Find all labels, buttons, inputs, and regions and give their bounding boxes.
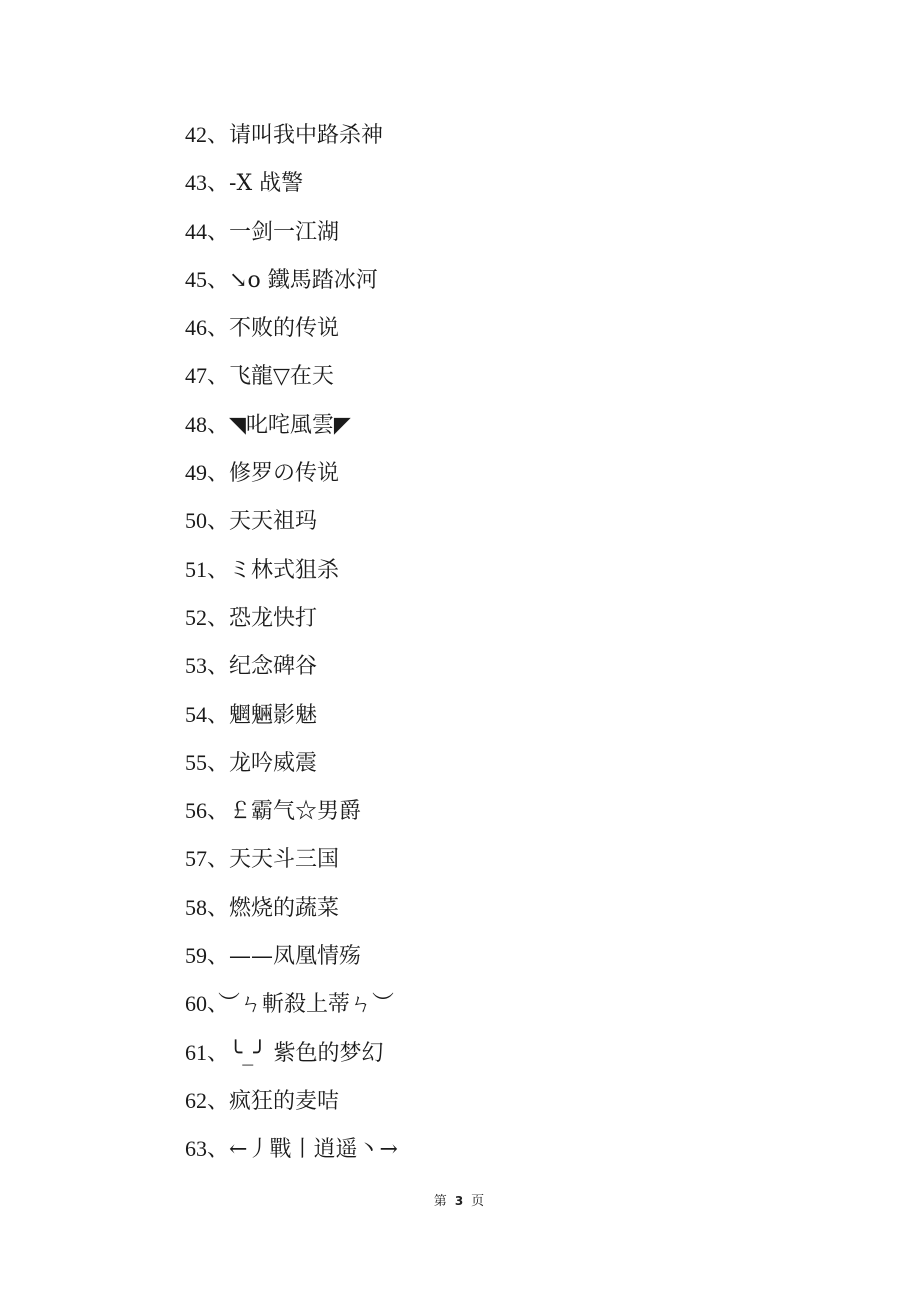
item-number: 53 <box>185 653 207 678</box>
item-separator: 、 <box>207 847 229 872</box>
list-item: 60、︶ㄣ斬殺上蒂ㄣ︶ <box>185 987 398 1035</box>
item-separator: 、 <box>207 654 229 679</box>
item-separator: 、 <box>207 1089 229 1114</box>
page-label-suffix: 页 <box>471 1194 486 1209</box>
list-item: 52、恐龙快打 <box>185 601 398 649</box>
item-separator: 、 <box>207 220 229 245</box>
item-number: 52 <box>185 605 207 630</box>
item-separator: 、 <box>207 751 229 776</box>
item-text: 疯狂的麦咭 <box>229 1089 339 1114</box>
list-item: 54、魍魎影魅 <box>185 698 398 746</box>
item-number: 55 <box>185 750 207 775</box>
item-separator: 、 <box>207 896 229 921</box>
item-text: ╰_╯ 紫色的梦幻 <box>229 1041 383 1066</box>
item-text: 魍魎影魅 <box>229 703 317 728</box>
item-separator: 、 <box>207 606 229 631</box>
item-separator: 、 <box>207 509 229 534</box>
item-text: 龙吟威震 <box>229 751 317 776</box>
item-separator: 、 <box>207 1041 229 1066</box>
item-text: 燃烧的蔬菜 <box>229 896 339 921</box>
list-item: 42、请叫我中路杀神 <box>185 118 398 166</box>
list-item: 51、ミ林式狙杀 <box>185 553 398 601</box>
item-number: 59 <box>185 943 207 968</box>
item-text: 不败的传说 <box>229 316 339 341</box>
list-item: 50、天天祖玛 <box>185 504 398 552</box>
item-text: 天天祖玛 <box>229 509 317 534</box>
item-number: 49 <box>185 460 207 485</box>
item-number: 61 <box>185 1040 207 1065</box>
list-item: 47、飞龍▽在天 <box>185 359 398 407</box>
item-text: 飞龍▽在天 <box>229 364 334 389</box>
item-number: 51 <box>185 557 207 582</box>
list-item: 45、↘o 鐵馬踏冰河 <box>185 263 398 311</box>
item-number: 48 <box>185 412 207 437</box>
list-item: 43、-X 战警 <box>185 166 398 214</box>
item-text: 天天斗三国 <box>229 847 339 872</box>
page-number: 3 <box>455 1194 465 1208</box>
item-separator: 、 <box>207 413 229 438</box>
document-page: 42、请叫我中路杀神 43、-X 战警 44、一剑一江湖 45、↘o 鐵馬踏冰河… <box>0 0 920 1302</box>
item-text: ￡霸气☆男爵 <box>229 799 361 824</box>
list-item: 55、龙吟威震 <box>185 746 398 794</box>
item-number: 47 <box>185 363 207 388</box>
list-item: 44、一剑一江湖 <box>185 215 398 263</box>
list-item: 48、◥叱咤風雲◤ <box>185 408 398 456</box>
item-text: 请叫我中路杀神 <box>229 123 383 148</box>
item-separator: 、 <box>207 558 229 583</box>
item-separator: 、 <box>207 703 229 728</box>
item-number: 63 <box>185 1136 207 1161</box>
item-number: 46 <box>185 315 207 340</box>
item-number: 62 <box>185 1088 207 1113</box>
item-separator: 、 <box>207 992 218 1017</box>
item-separator: 、 <box>207 123 229 148</box>
item-separator: 、 <box>207 461 229 486</box>
list-item: 46、不败的传说 <box>185 311 398 359</box>
item-separator: 、 <box>207 171 229 196</box>
item-text: 修罗の传说 <box>229 461 339 486</box>
item-number: 58 <box>185 895 207 920</box>
list-item: 57、天天斗三国 <box>185 842 398 890</box>
list-item: 62、疯狂的麦咭 <box>185 1084 398 1132</box>
name-list: 42、请叫我中路杀神 43、-X 战警 44、一剑一江湖 45、↘o 鐵馬踏冰河… <box>185 118 398 1181</box>
item-text: ↘o 鐵馬踏冰河 <box>229 268 378 293</box>
list-item: 58、燃烧的蔬菜 <box>185 891 398 939</box>
item-separator: 、 <box>207 1137 229 1162</box>
item-number: 54 <box>185 702 207 727</box>
item-number: 56 <box>185 798 207 823</box>
page-footer: 第3页 <box>0 1190 920 1209</box>
page-label-prefix: 第 <box>434 1194 449 1209</box>
item-text: ◥叱咤風雲◤ <box>229 413 351 438</box>
item-text: 恐龙快打 <box>229 606 317 631</box>
item-number: 45 <box>185 267 207 292</box>
list-item: 63、←丿戰丨逍遥丶→ <box>185 1132 398 1180</box>
item-number: 60 <box>185 991 207 1016</box>
item-separator: 、 <box>207 268 229 293</box>
item-separator: 、 <box>207 799 229 824</box>
item-separator: 、 <box>207 364 229 389</box>
item-text: 纪念碑谷 <box>229 654 317 679</box>
list-item: 56、￡霸气☆男爵 <box>185 794 398 842</box>
list-item: 61、╰_╯ 紫色的梦幻 <box>185 1036 398 1084</box>
item-separator: 、 <box>207 944 229 969</box>
item-text: ミ林式狙杀 <box>229 558 339 583</box>
item-text: ——凤凰情殇 <box>229 944 361 969</box>
list-item: 53、纪念碑谷 <box>185 649 398 697</box>
item-number: 42 <box>185 122 207 147</box>
item-number: 43 <box>185 170 207 195</box>
list-item: 59、——凤凰情殇 <box>185 939 398 987</box>
item-text: 一剑一江湖 <box>229 220 339 245</box>
item-text: -X 战警 <box>229 171 303 196</box>
item-number: 50 <box>185 508 207 533</box>
item-text: ︶ㄣ斬殺上蒂ㄣ︶ <box>218 992 394 1017</box>
item-text: ←丿戰丨逍遥丶→ <box>229 1137 398 1162</box>
list-item: 49、修罗の传说 <box>185 456 398 504</box>
item-number: 57 <box>185 846 207 871</box>
item-number: 44 <box>185 219 207 244</box>
item-separator: 、 <box>207 316 229 341</box>
